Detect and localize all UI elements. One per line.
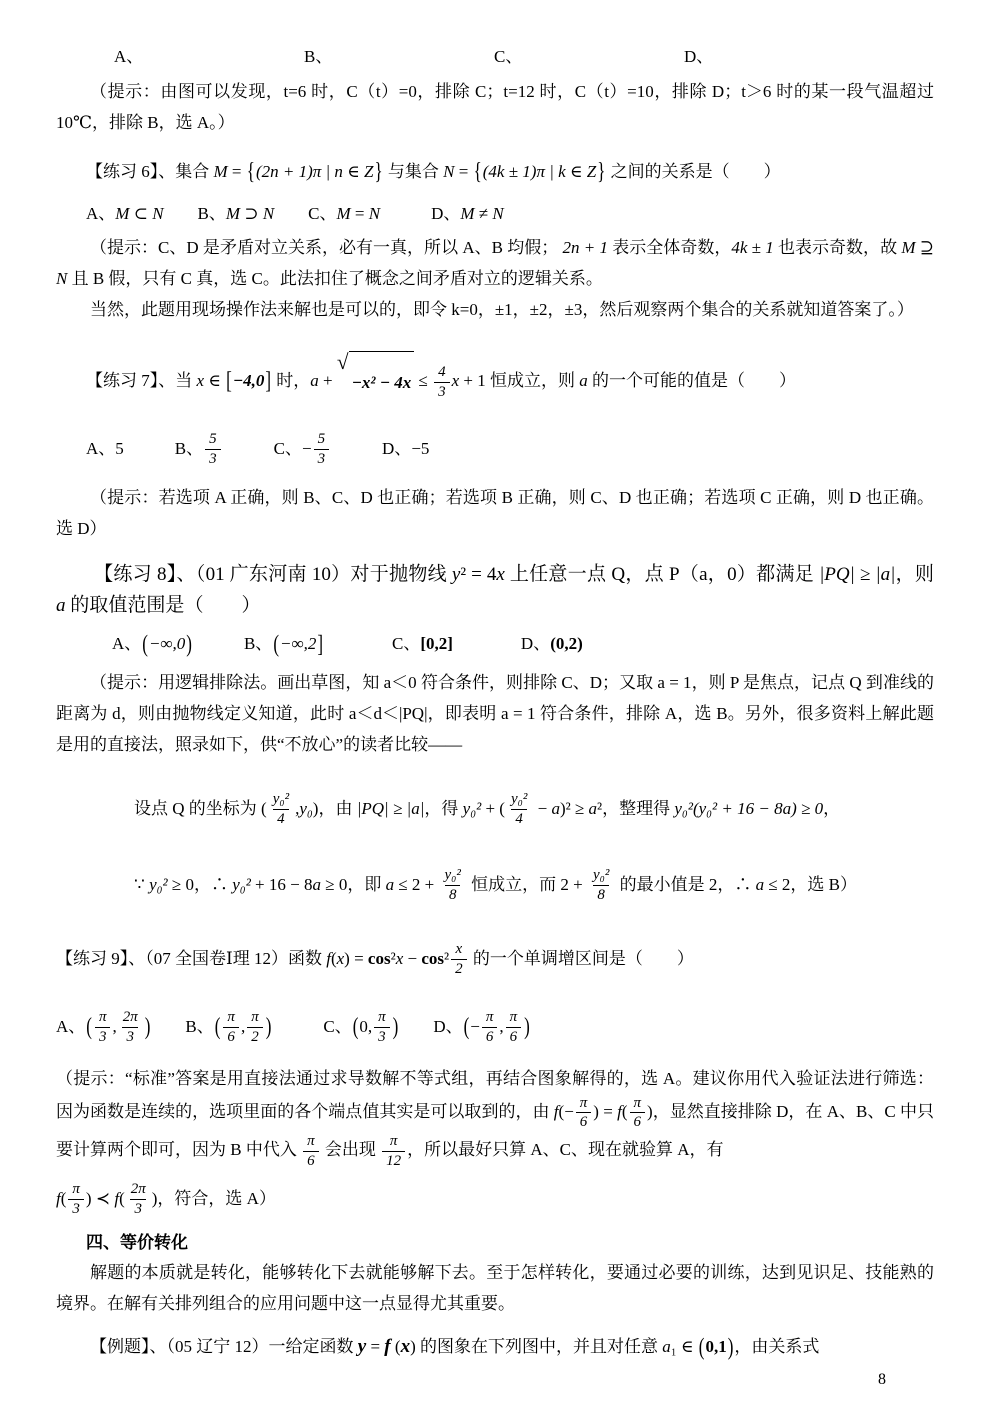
exercise9-hint: （提示：“标准”答案是用直接法通过求导数解不等式组，再结合图象解得的，选 A。建… xyxy=(56,1063,934,1171)
question5-option-a-label: A、 xyxy=(114,44,304,70)
exercise6-options: A、M ⊂ N B、M ⊃ N C、M = N D、M ≠ N xyxy=(56,199,934,229)
exercise8-derivation-line2: ∵ y₀² ≥ 0，∴ y₀² + 16 − 8a ≥ 0，即 a ≤ 2 + … xyxy=(56,850,934,920)
exercise7-hint: （提示：若选项 A 正确，则 B、C、D 也正确；若选项 B 正确，则 C、D … xyxy=(56,482,934,544)
example-title: 【例题】、（05 辽宁 12）一给定函数 y = f (x) 的图象在下列图中，… xyxy=(56,1331,934,1362)
exercise8-title: 【练习 8】、（01 广东河南 10）对于抛物线 y² = 4x 上任意一点 Q… xyxy=(56,559,934,621)
exercise6-title: 【练习 6】、集合 M = {(2n + 1)π | n ∈ Z} 与集合 N … xyxy=(56,154,934,190)
exercise8-derivation-line1: 设点 Q 的坐标为 (y₀²4,y₀)，由 |PQ| ≥ |a|，得 y₀² +… xyxy=(56,774,934,844)
exercise8-options: A、(−∞,0) B、(−∞,2] C、[0,2] D、(0,2) xyxy=(56,626,934,662)
question5-option-d-label: D、 xyxy=(684,44,874,70)
question5-hint: （提示：由图可以发现，t=6 时，C（t）=0，排除 C；t=12 时，C（t）… xyxy=(56,76,934,138)
exercise9-title: 【练习 9】、（07 全国卷Ⅰ理 12）函数 f(x) = cos²x − co… xyxy=(56,929,934,989)
document-page: A、 B、 C、 D、 （提示：由图可以发现，t=6 时，C（t）=0，排除 C… xyxy=(56,44,934,1390)
page-number: 8 xyxy=(56,1370,934,1390)
exercise9-conclusion: f(π3) ≺ f(2π3)，符合，选 A） xyxy=(56,1171,934,1227)
exercise6-hint: （提示：C、D 是矛盾对立关系，必有一真，所以 A、B 均假； 2n + 1 表… xyxy=(56,232,934,294)
question5-option-b-label: B、 xyxy=(304,44,494,70)
exercise9-options: A、(π3,2π3) B、(π6,π2) C、(0,π3) D、(−π6,π6) xyxy=(56,995,934,1059)
section4-paragraph: 解题的本质就是转化，能够转化下去就能够解下去。至于怎样转化，要通过必要的训练，达… xyxy=(56,1257,934,1319)
exercise7-title: 【练习 7】、当 x ∈ [−4,0] 时，a + √−x² − 4x ≤ 43… xyxy=(56,350,934,414)
exercise8-hint: （提示：用逻辑排除法。画出草图，知 a＜0 符合条件，则排除 C、D；又取 a … xyxy=(56,667,934,760)
question5-options-row: A、 B、 C、 D、 xyxy=(56,44,934,70)
question5-option-c-label: C、 xyxy=(494,44,684,70)
section4-heading: 四、等价转化 xyxy=(56,1229,934,1257)
exercise6-note: 当然，此题用现场操作法来解也是可以的，即令 k=0，±1，±2，±3，然后观察两… xyxy=(56,294,934,325)
exercise7-options: A、5 B、53 C、−53 D、−5 xyxy=(56,418,934,480)
